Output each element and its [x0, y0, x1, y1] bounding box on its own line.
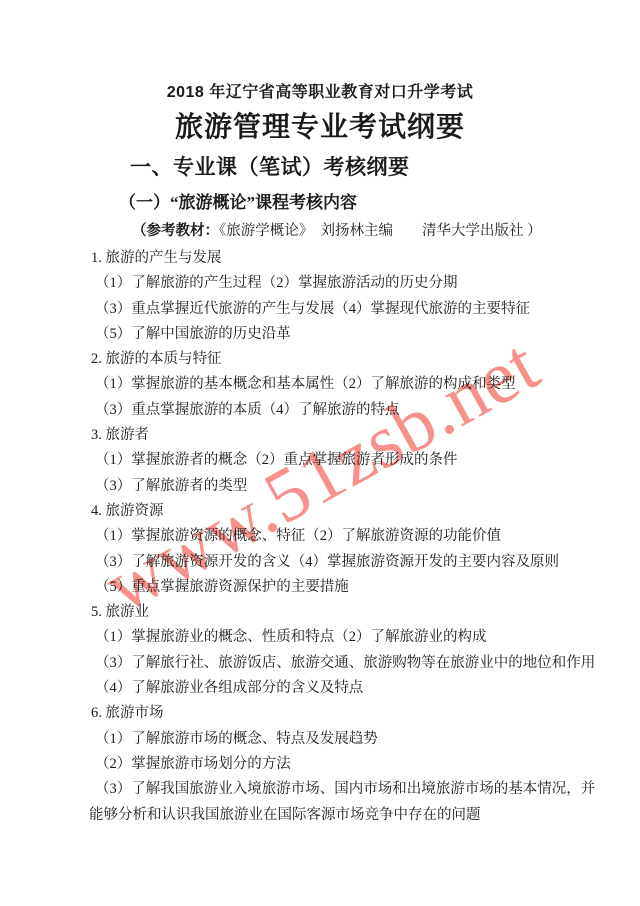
subsection-heading: （一）“旅游概论”课程考核内容	[119, 192, 640, 213]
section-heading: 一、专业课（笔试）考核纲要	[130, 155, 640, 181]
outline-point: （1）掌握旅游业的概念、性质和特点（2）了解旅游业的构成	[95, 625, 640, 650]
exam-title: 2018 年辽宁省高等职业教育对口升学考试	[0, 84, 640, 101]
document-content: 2018 年辽宁省高等职业教育对口升学考试 旅游管理专业考试纲要 一、专业课（笔…	[0, 0, 640, 828]
outline-topic-2: 2. 旅游的本质与特征	[91, 347, 640, 372]
outline-point: （5）重点掌握旅游资源保护的主要措施	[95, 575, 640, 600]
outline-topic-5: 5. 旅游业	[91, 600, 640, 625]
outline-point: （3）重点掌握近代旅游的产生与发展（4）掌握现代旅游的主要特征	[95, 297, 640, 322]
outline-topic-4: 4. 旅游资源	[91, 499, 640, 524]
outline-point: （3）了解旅游者的类型	[95, 474, 640, 499]
outline-point: （2）掌握旅游市场划分的方法	[95, 752, 640, 777]
outline-point: （1）掌握旅游的基本概念和基本属性（2）了解旅游的构成和类型	[95, 372, 640, 397]
outline-point-continuation: 能够分析和认识我国旅游业在国际客源市场竞争中存在的问题	[89, 803, 640, 828]
outline-point: （3）了解旅游资源开发的含义（4）掌握旅游资源开发的主要内容及原则	[95, 550, 640, 575]
outline-topic-6: 6. 旅游市场	[91, 701, 640, 726]
reference-text: 《旅游学概论》 刘扬林主编 清华大学出版社 ）	[219, 223, 542, 239]
outline-point: （1）了解旅游市场的概念、特点及发展趋势	[95, 727, 640, 752]
reference-line: （参考教材：《旅游学概论》 刘扬林主编 清华大学出版社 ）	[132, 222, 640, 241]
reference-label: （参考教材：	[132, 223, 219, 239]
course-outline: 1. 旅游的产生与发展 （1）了解旅游的产生过程（2）掌握旅游活动的历史分期 （…	[0, 246, 640, 828]
outline-point: （1）了解旅游的产生过程（2）掌握旅游活动的历史分期	[95, 271, 640, 296]
outline-point: （5）了解中国旅游的历史沿革	[95, 322, 640, 347]
outline-point: （3）重点掌握旅游的本质（4）了解旅游的特点	[95, 398, 640, 423]
outline-point: （3）了解我国旅游业入境旅游市场、国内市场和出境旅游市场的基本情况，并	[95, 777, 640, 802]
outline-point: （1）掌握旅游者的概念（2）重点掌握旅游者形成的条件	[95, 448, 640, 473]
document-title: 旅游管理专业考试纲要	[0, 111, 640, 143]
outline-topic-1: 1. 旅游的产生与发展	[91, 246, 640, 271]
outline-point: （3）了解旅行社、旅游饭店、旅游交通、旅游购物等在旅游业中的地位和作用	[95, 651, 640, 676]
document-page: www.51zsb.net 2018 年辽宁省高等职业教育对口升学考试 旅游管理…	[0, 0, 640, 906]
outline-point: （1）掌握旅游资源的概念、特征（2）了解旅游资源的功能价值	[95, 524, 640, 549]
outline-point: （4）了解旅游业各组成部分的含义及特点	[95, 676, 640, 701]
outline-topic-3: 3. 旅游者	[91, 423, 640, 448]
